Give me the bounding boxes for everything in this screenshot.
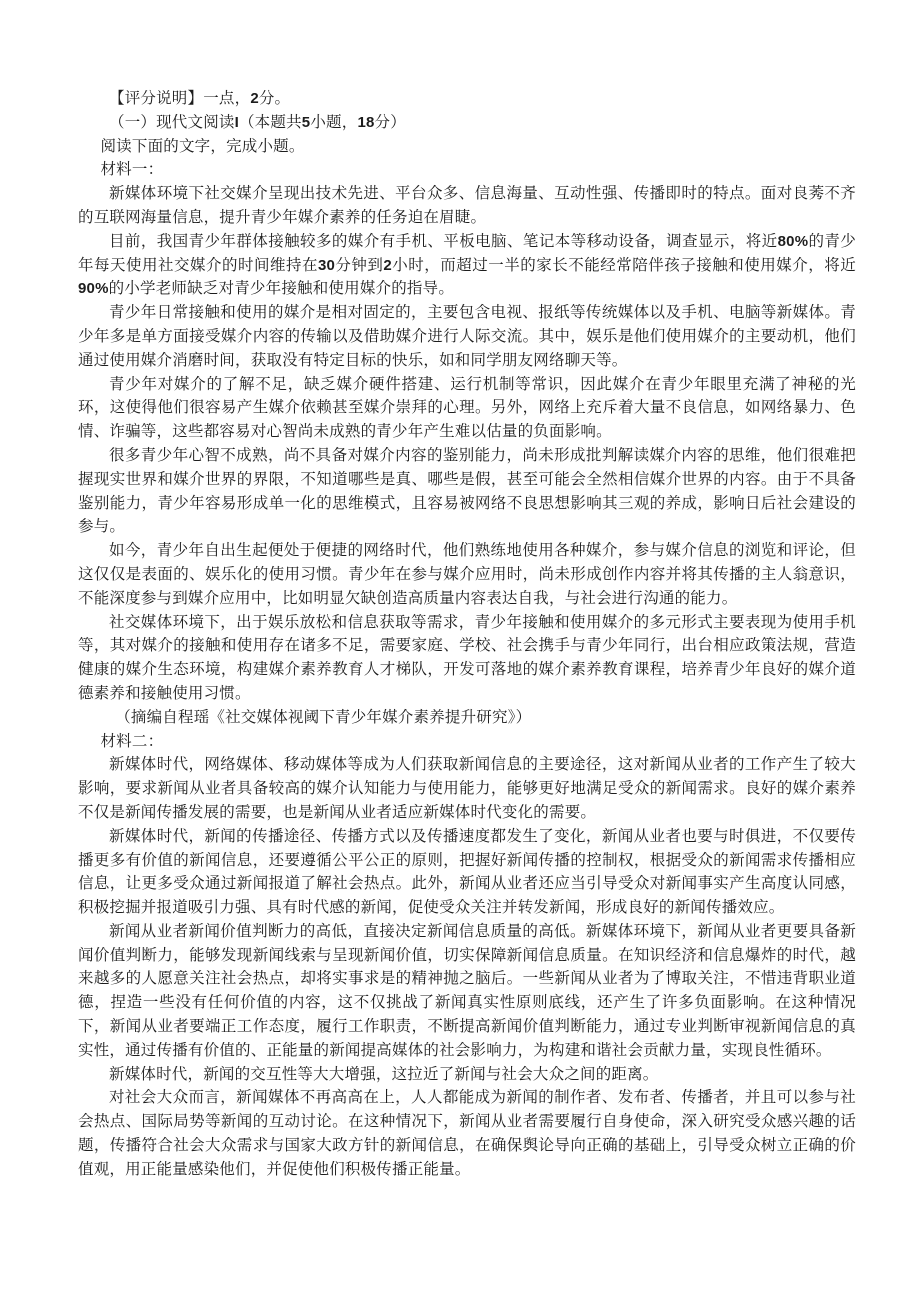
exam-text-body: 【评分说明】一点，2分。 （一）现代文阅读I（本题共5小题，18分） 阅读下面的… [78, 87, 856, 1182]
material-2-para-2: 新媒体时代，新闻的传播途径、传播方式以及传播速度都发生了变化，新闻从业者也要与时… [78, 825, 856, 920]
material-2-para-4: 新媒体时代，新闻的交互性等大大增强，这拉近了新闻与社会大众之间的距离。 [78, 1063, 856, 1087]
material-1-para-4: 青少年对媒介的了解不足，缺乏媒介硬件搭建、运行机制等常识，因此媒介在青少年眼里充… [78, 373, 856, 444]
material-1-citation: （摘编自程瑶《社交媒体视阈下青少年媒介素养提升研究》） [78, 706, 856, 730]
section-heading: （一）现代文阅读I（本题共5小题，18分） [78, 111, 856, 135]
material-1-label: 材料一： [78, 158, 856, 182]
material-2-label: 材料二： [78, 730, 856, 754]
material-2-para-5: 对社会大众而言，新闻媒体不再高高在上，人人都能成为新闻的制作者、发布者、传播者，… [78, 1086, 856, 1181]
material-1-para-3: 青少年日常接触和使用的媒介是相对固定的，主要包含电视、报纸等传统媒体以及手机、电… [78, 301, 856, 372]
material-2-para-1: 新媒体时代，网络媒体、移动媒体等成为人们获取新闻信息的主要途径，这对新闻从业者的… [78, 753, 856, 824]
reading-instruction: 阅读下面的文字，完成小题。 [78, 135, 856, 159]
material-1-para-5: 很多青少年心智不成熟，尚不具备对媒介内容的鉴别能力，尚未形成批判解读媒介内容的思… [78, 444, 856, 539]
material-1-para-7: 社交媒体环境下，出于娱乐放松和信息获取等需求，青少年接触和使用媒介的多元形式主要… [78, 611, 856, 706]
document-page: { "document": { "blocks": [ { "name": "s… [0, 0, 920, 1301]
material-1-para-6: 如今，青少年自出生起便处于便捷的网络时代，他们熟练地使用各种媒介，参与媒介信息的… [78, 539, 856, 610]
material-2-para-3: 新闻从业者新闻价值判断力的高低，直接决定新闻信息质量的高低。新媒体环境下，新闻从… [78, 920, 856, 1063]
material-1-para-2: 目前，我国青少年群体接触较多的媒介有手机、平板电脑、笔记本等移动设备，调查显示，… [78, 230, 856, 301]
scoring-note: 【评分说明】一点，2分。 [78, 87, 856, 111]
material-1-para-1: 新媒体环境下社交媒介呈现出技术先进、平台众多、信息海量、互动性强、传播即时的特点… [78, 182, 856, 230]
